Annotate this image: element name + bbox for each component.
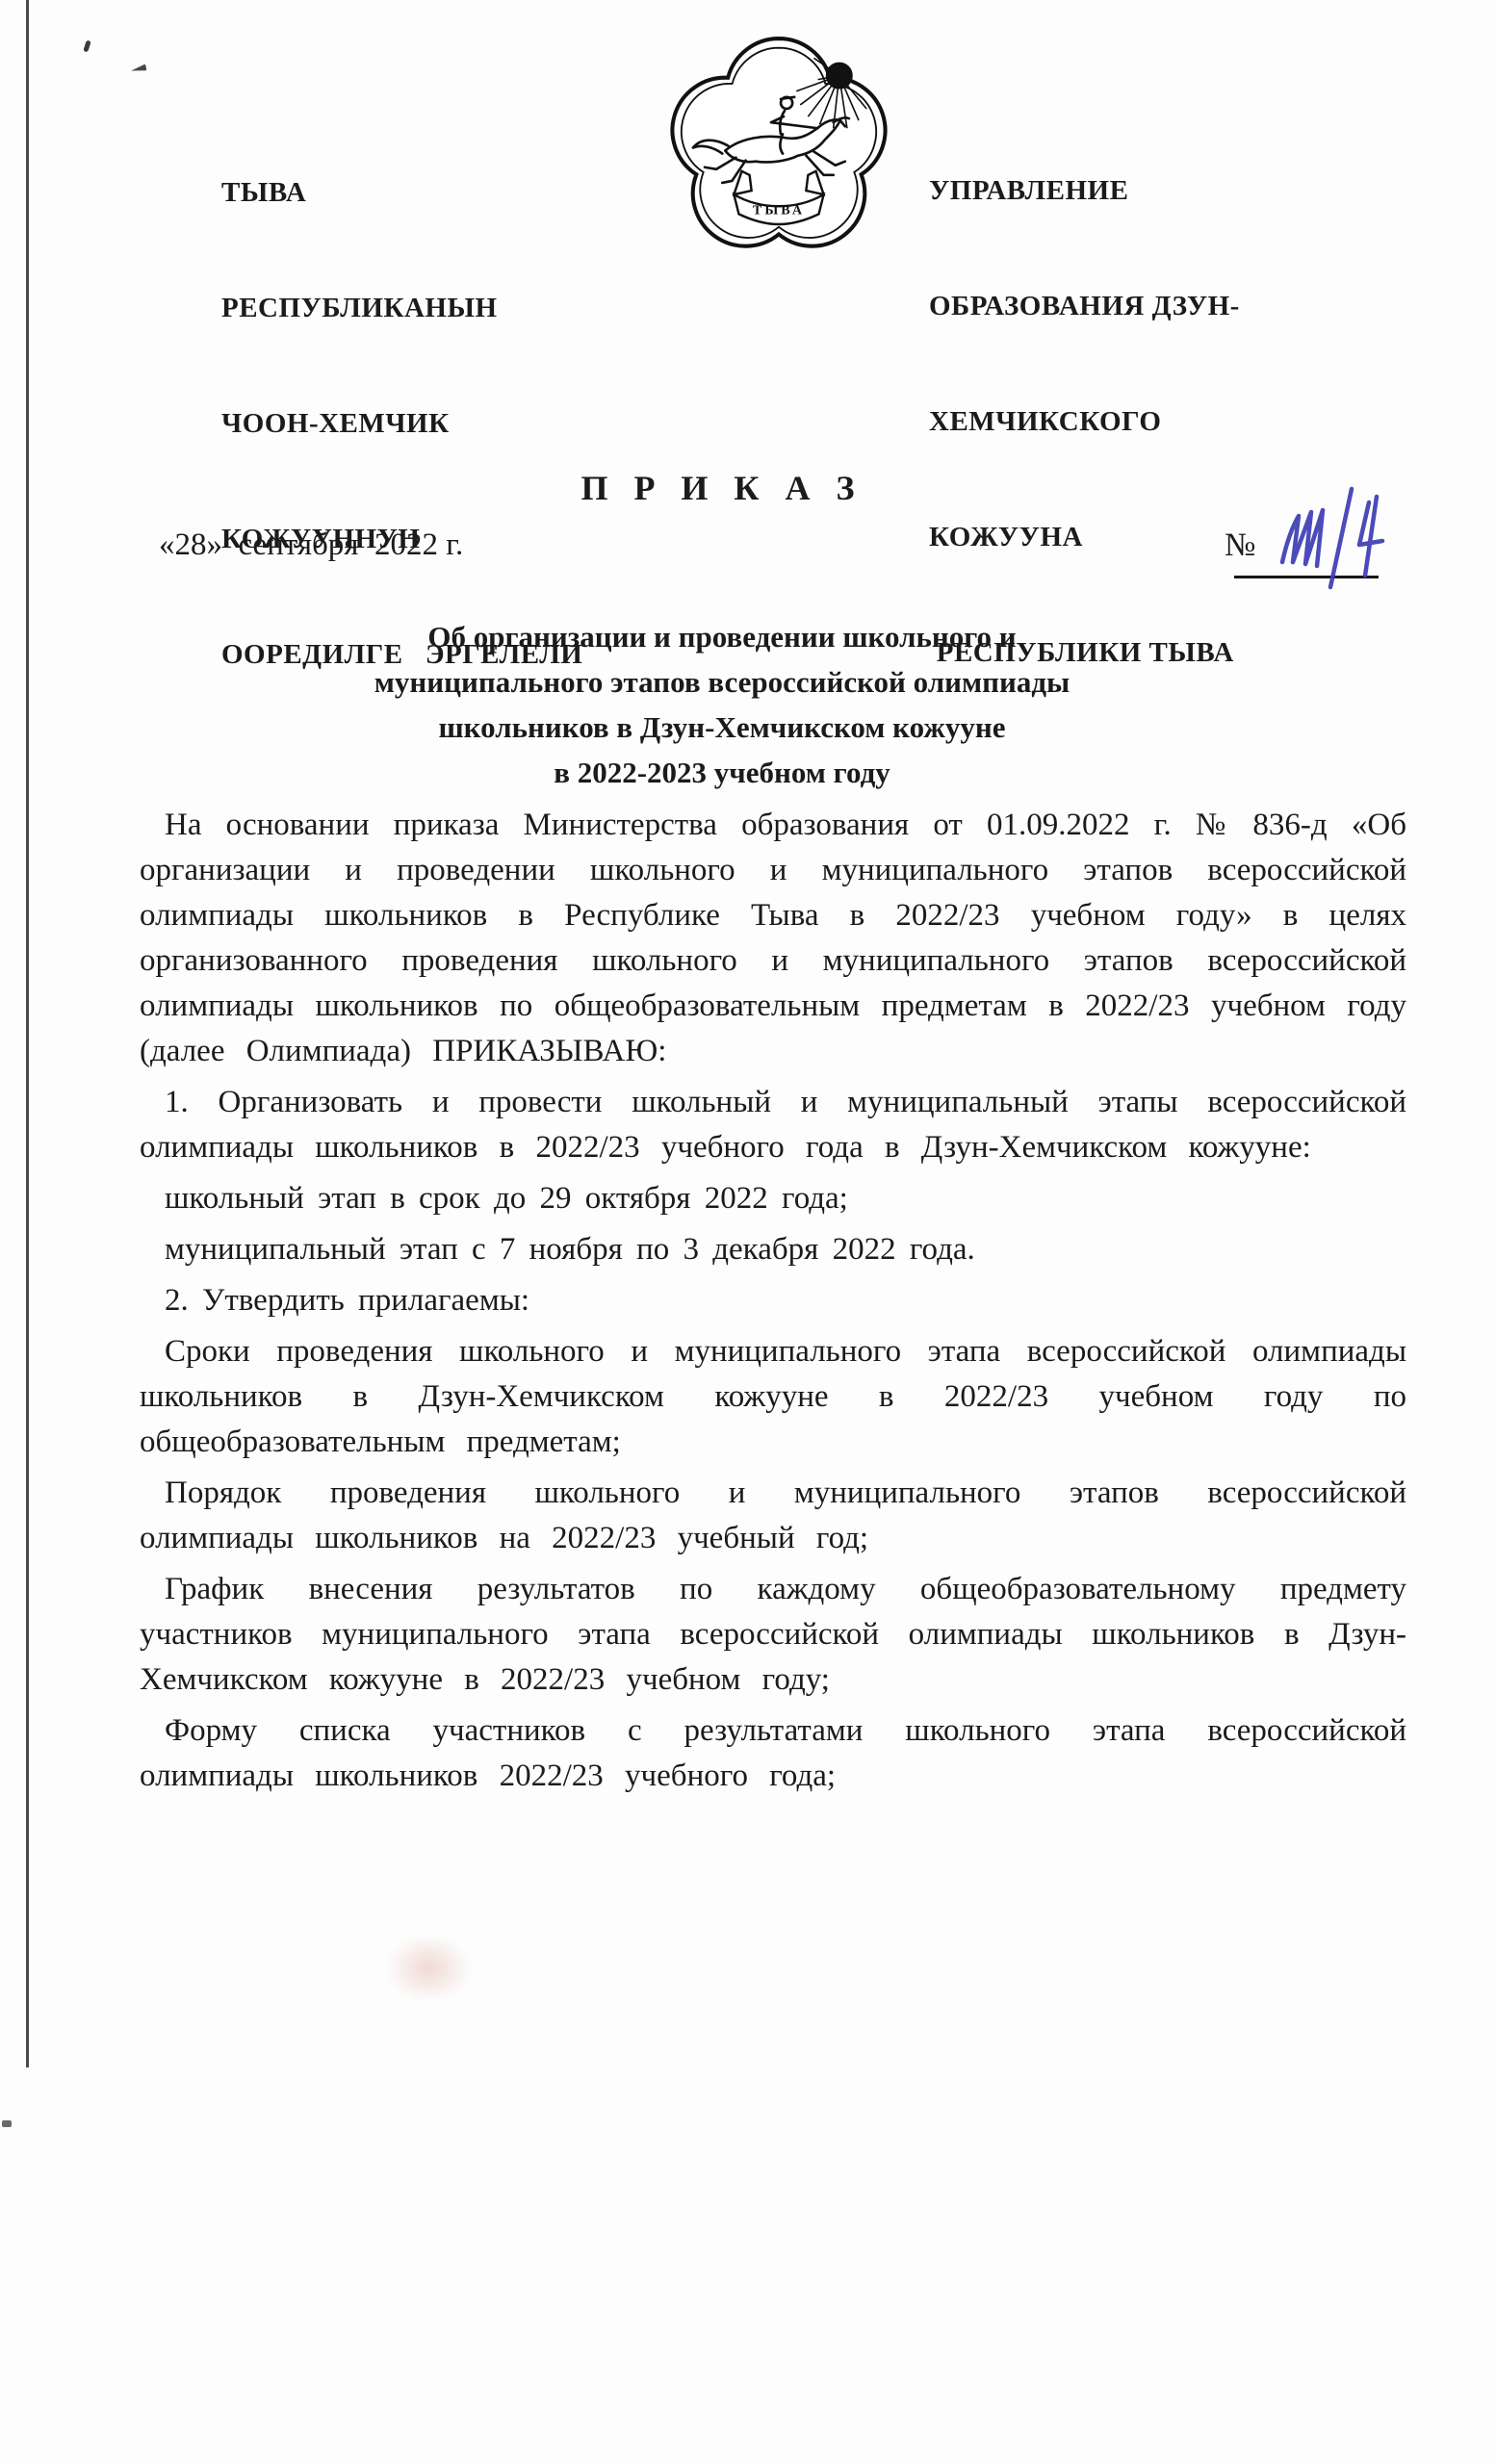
order-title-line: в 2022-2023 учебном году <box>140 750 1304 795</box>
handwritten-order-number: 14/4 <box>1269 474 1413 606</box>
org-left-line: ЧООН-ХЕМЧИК <box>221 404 645 443</box>
paragraph-item-1: 1. Организовать и провести школьный и му… <box>140 1080 1406 1170</box>
tuva-coat-of-arms-icon: tuva-coat-of-arms-horse-rider <box>669 33 889 262</box>
scan-artifact-speck <box>130 64 146 73</box>
paragraph-attachment-form: Форму списка участников с результатами ш… <box>140 1708 1406 1799</box>
org-right-line: ОБРАЗОВАНИЯ ДЗУН- <box>929 287 1343 325</box>
org-left-line: РЕСПУБЛИКАНЫН <box>221 289 645 327</box>
scan-artifact-speck <box>83 40 90 53</box>
org-left-line: ТЫВА <box>221 173 645 212</box>
order-body: На основании приказа Министерства образо… <box>140 803 1406 1805</box>
paragraph-school-stage: школьный этап в срок до 29 октября 2022 … <box>140 1176 1406 1221</box>
paragraph-preamble: На основании приказа Министерства образо… <box>140 803 1406 1074</box>
scan-artifact-speck <box>2 2120 12 2127</box>
order-title-line: Об организации и проведении школьного и <box>140 614 1304 659</box>
order-date: «28» сентября 2022 г. <box>159 527 463 563</box>
scan-edge-line <box>26 0 29 2067</box>
paragraph-municipal-stage: муниципальный этап с 7 ноября по 3 декаб… <box>140 1227 1406 1272</box>
order-title-line: муниципального этапов всероссийской олим… <box>140 659 1304 705</box>
emblem-label: ТЫВА <box>753 202 805 218</box>
paragraph-item-2: 2. Утвердить прилагаемы: <box>140 1278 1406 1323</box>
org-right-line: УПРАВЛЕНИЕ <box>929 171 1343 210</box>
paragraph-attachment-procedure: Порядок проведения школьного и муниципал… <box>140 1471 1406 1561</box>
org-right-line: ХЕМЧИКСКОГО <box>929 402 1343 441</box>
scanned-order-page: ТЫВА РЕСПУБЛИКАНЫН ЧООН-ХЕМЧИК КОЖУУННУН… <box>0 0 1496 2464</box>
paragraph-attachment-dates: Сроки проведения школьного и муниципальн… <box>140 1329 1406 1465</box>
order-title: Об организации и проведении школьного и … <box>140 614 1304 795</box>
order-title-line: школьников в Дзун-Хемчикском кожууне <box>140 705 1304 750</box>
paragraph-attachment-schedule: График внесения результатов по каждому о… <box>140 1567 1406 1703</box>
order-number-sign: № <box>1225 527 1255 564</box>
doc-type-heading: П Р И К А З <box>140 468 1304 508</box>
scan-artifact-smudge <box>385 1935 472 2002</box>
